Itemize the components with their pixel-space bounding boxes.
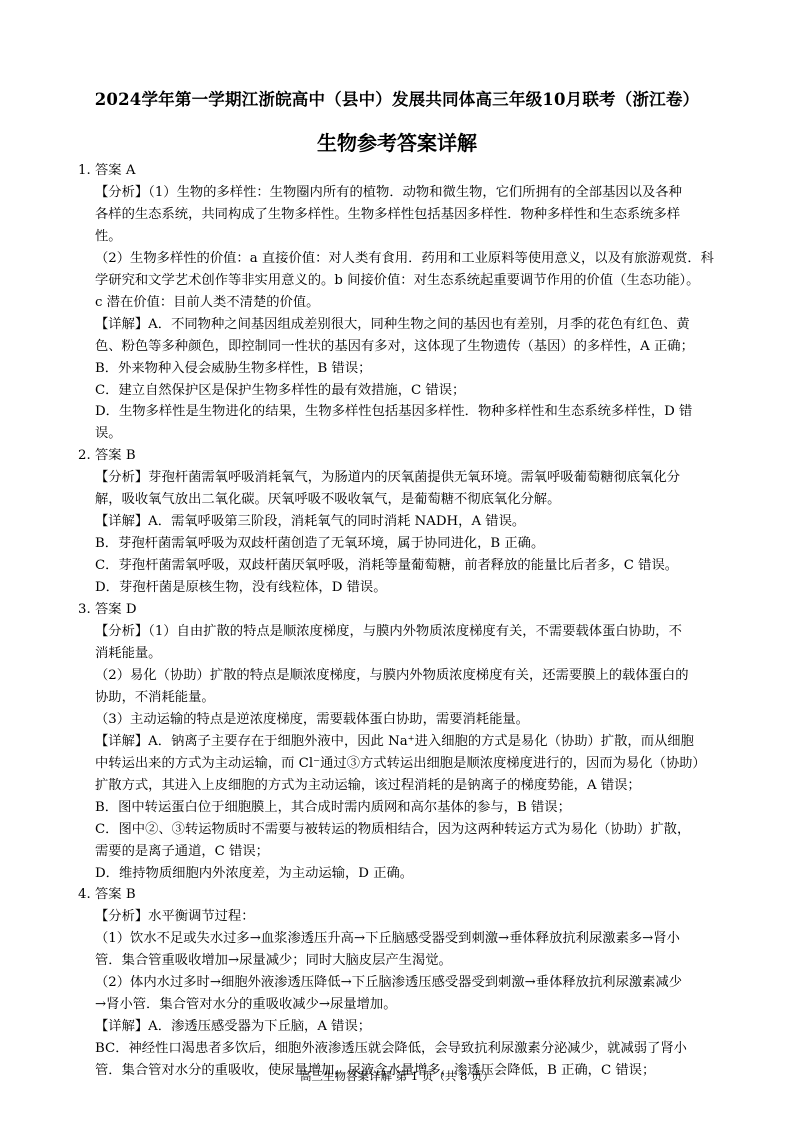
analysis-line: （2）易化（协助）扩散的特点是顺浓度梯度，与膜内外物质浓度梯度有关，还需要膜上的… [78,665,728,687]
analysis-line: （2）体内水过多时→细胞外液渗透压降低→下丘脑渗透压感受器受到刺激→垂体释放抗利… [78,972,728,994]
analysis-line: 性。 [78,226,728,248]
detail-line: 扩散方式，其进入上皮细胞的方式为主动运输，该过程消耗的是钠离子的梯度势能，A 错… [78,775,728,797]
question-1: 1.答案 A 【分析】（1）生物的多样性：生物圈内所有的植物．动物和微生物，它们… [78,160,728,445]
detail-line: 中转运出来的方式为主动运输，而 Cl⁻通过③方式转运出细胞是顺浓度梯度进行的，因… [78,753,728,775]
question-header: 2.答案 B [78,445,728,467]
detail-line: 色、粉色等多种颜色，即控制同一性状的基因有多对，这体现了生物遗传（基因）的多样性… [78,336,728,358]
answer-label: 答案 A [95,163,135,178]
detail-line: 【详解】A．钠离子主要存在于细胞外液中，因此 Na⁺进入细胞的方式是易化（协助）… [78,731,728,753]
question-header: 4.答案 B [78,884,728,906]
detail-line: D．维持物质细胞内外浓度差，为主动运输，D 正确。 [78,863,728,885]
document-subtitle: 生物参考答案详解 [0,127,794,156]
detail-line: B．图中转运蛋白位于细胞膜上，其合成时需内质网和高尔基体的参与，B 错误； [78,797,728,819]
question-number: 4. [78,884,95,906]
analysis-line: 解，吸收氧气放出二氧化碳。厌氧呼吸不吸收氧气，是葡萄糖不彻底氧化分解。 [78,489,728,511]
detail-line: 【详解】A．不同物种之间基因组成差别很大，同种生物之间的基因也有差别，月季的花色… [78,314,728,336]
answer-body: 1.答案 A 【分析】（1）生物的多样性：生物圈内所有的植物．动物和微生物，它们… [78,160,728,1082]
analysis-line: 【分析】（1）自由扩散的特点是顺浓度梯度，与膜内外物质浓度梯度有关，不需要载体蛋… [78,621,728,643]
question-4: 4.答案 B 【分析】水平衡调节过程： （1）饮水不足或失水过多→血浆渗透压升高… [78,884,728,1082]
analysis-line: 学研究和文学艺术创作等非实用意义的。b 间接价值：对生态系统起重要调节作用的价值… [78,270,728,292]
analysis-line: （3）主动运输的特点是逆浓度梯度，需要载体蛋白协助，需要消耗能量。 [78,709,728,731]
analysis-line: 【分析】（1）生物的多样性：生物圈内所有的植物．动物和微生物，它们所拥有的全部基… [78,182,728,204]
question-number: 2. [78,445,95,467]
detail-line: C．芽孢杆菌需氧呼吸，双歧杆菌厌氧呼吸，消耗等量葡萄糖，前者释放的能量比后者多，… [78,555,728,577]
analysis-line: 各样的生态系统，共同构成了生物多样性。生物多样性包括基因多样性．物种多样性和生态… [78,204,728,226]
question-3: 3.答案 D 【分析】（1）自由扩散的特点是顺浓度梯度，与膜内外物质浓度梯度有关… [78,599,728,884]
detail-line: D．生物多样性是生物进化的结果，生物多样性包括基因多样性．物种多样性和生态系统多… [78,401,728,423]
detail-line: B．芽孢杆菌需氧呼吸为双歧杆菌创造了无氧环境，属于协同进化，B 正确。 [78,533,728,555]
answer-label: 答案 B [95,448,136,463]
question-2: 2.答案 B 【分析】芽孢杆菌需氧呼吸消耗氧气，为肠道内的厌氧菌提供无氧环境。需… [78,445,728,599]
analysis-line: 协助，不消耗能量。 [78,687,728,709]
analysis-line: （1）饮水不足或失水过多→血浆渗透压升高→下丘脑感受器受到刺激→垂体释放抗利尿激… [78,928,728,950]
question-number: 1. [78,160,95,182]
answer-label: 答案 D [95,602,136,617]
answer-label: 答案 B [95,887,136,902]
detail-line: B．外来物种入侵会威胁生物多样性，B 错误； [78,358,728,380]
detail-line: 误。 [78,423,728,445]
analysis-line: c 潜在价值：目前人类不清楚的价值。 [78,292,728,314]
detail-line: BC．神经性口渴患者多饮后，细胞外液渗透压就会降低，会导致抗利尿激素分泌减少，就… [78,1038,728,1060]
analysis-line: →肾小管．集合管对水分的重吸收减少→尿量增加。 [78,994,728,1016]
detail-line: C．建立自然保护区是保护生物多样性的最有效措施，C 错误； [78,380,728,402]
analysis-line: 管．集合管重吸收增加→尿量减少；同时大脑皮层产生渴觉。 [78,950,728,972]
document-page: 2024学年第一学期江浙皖高中（县中）发展共同体高三年级10月联考（浙江卷） 生… [0,0,794,1123]
detail-line: D．芽孢杆菌是原核生物，没有线粒体，D 错误。 [78,577,728,599]
exam-title: 2024学年第一学期江浙皖高中（县中）发展共同体高三年级10月联考（浙江卷） [0,86,794,110]
analysis-line: 消耗能量。 [78,643,728,665]
analysis-line: （2）生物多样性的价值：a 直接价值：对人类有食用．药用和工业原料等使用意义，以… [78,248,728,270]
page-footer: 高三生物答案详解 第 1 页（共 8 页） [0,1068,794,1084]
detail-line: 【详解】A．渗透压感受器为下丘脑，A 错误； [78,1016,728,1038]
detail-line: C．图中②、③转运物质时不需要与被转运的物质相结合，因为这两种转运方式为易化（协… [78,819,728,841]
question-header: 3.答案 D [78,599,728,621]
analysis-line: 【分析】水平衡调节过程： [78,906,728,928]
detail-line: 需要的是离子通道，C 错误； [78,841,728,863]
question-number: 3. [78,599,95,621]
question-header: 1.答案 A [78,160,728,182]
analysis-line: 【分析】芽孢杆菌需氧呼吸消耗氧气，为肠道内的厌氧菌提供无氧环境。需氧呼吸葡萄糖彻… [78,467,728,489]
detail-line: 【详解】A．需氧呼吸第三阶段，消耗氧气的同时消耗 NADH，A 错误。 [78,511,728,533]
